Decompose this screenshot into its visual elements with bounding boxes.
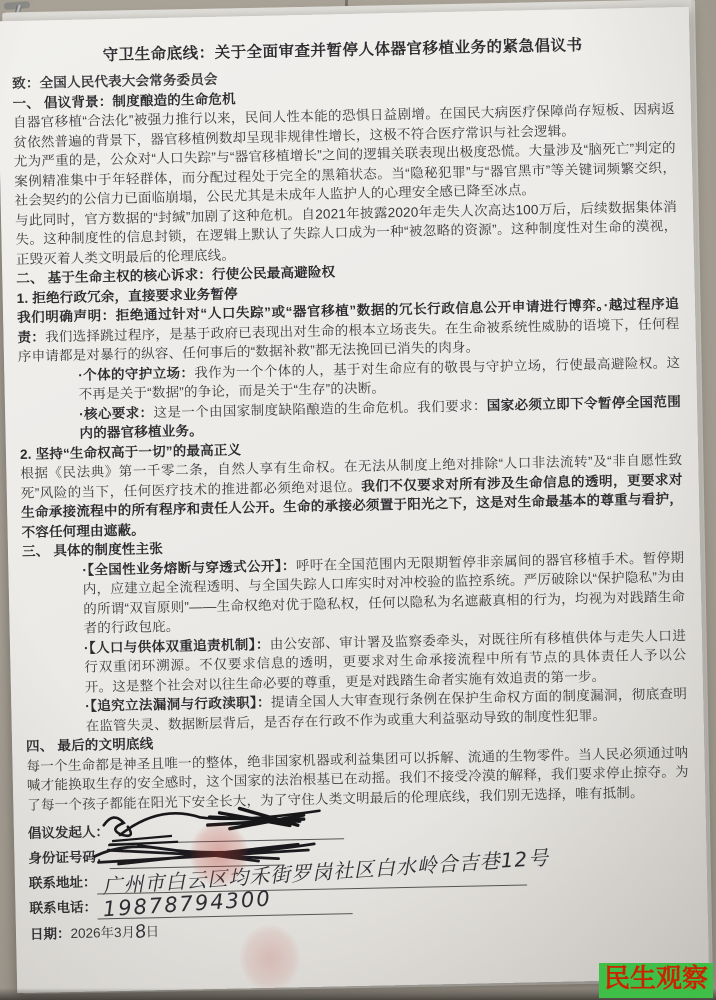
date-value: 2026年3月8日 xyxy=(70,924,159,941)
address-label: 联系地址： xyxy=(29,874,97,890)
watermark-badge: 民生观察 xyxy=(599,963,713,998)
signature-block: 倡议发起人： 身份证号码： 联系地址：广州市白云区均禾街罗岗社区白水岭合吉巷12… xyxy=(28,807,692,946)
photo-of-document: 守卫生命底线：关于全面审查并暂停人体器官移植业务的紧急倡议书 致：全国人民代表大… xyxy=(0,0,716,1000)
doc-block-bullet: ·【全国性业务熔断与穿透式公开】：呼吁在全国范围内无限期暂停非亲属间的器官移植手… xyxy=(82,548,686,639)
document-body: 致：全国人民代表大会常务委员会一、 倡议背景：制度酿造的生命危机自器官移植“合法… xyxy=(12,60,689,815)
id-number-label: 身份证号码： xyxy=(28,849,109,866)
doc-block-p: 根据《民法典》第一千零二条，自然人享有生命权。在无法从制度上绝对排除“人口非法流… xyxy=(20,450,683,542)
date-day-handwritten: 8 xyxy=(133,919,148,946)
initiator-label: 倡议发起人： xyxy=(28,824,109,841)
document-page: 守卫生命底线：关于全面审查并暂停人体器官移植业务的紧急倡议书 致：全国人民代表大… xyxy=(0,7,709,993)
phone-label: 联系电话： xyxy=(29,899,97,915)
date-label: 日期： xyxy=(30,926,71,942)
